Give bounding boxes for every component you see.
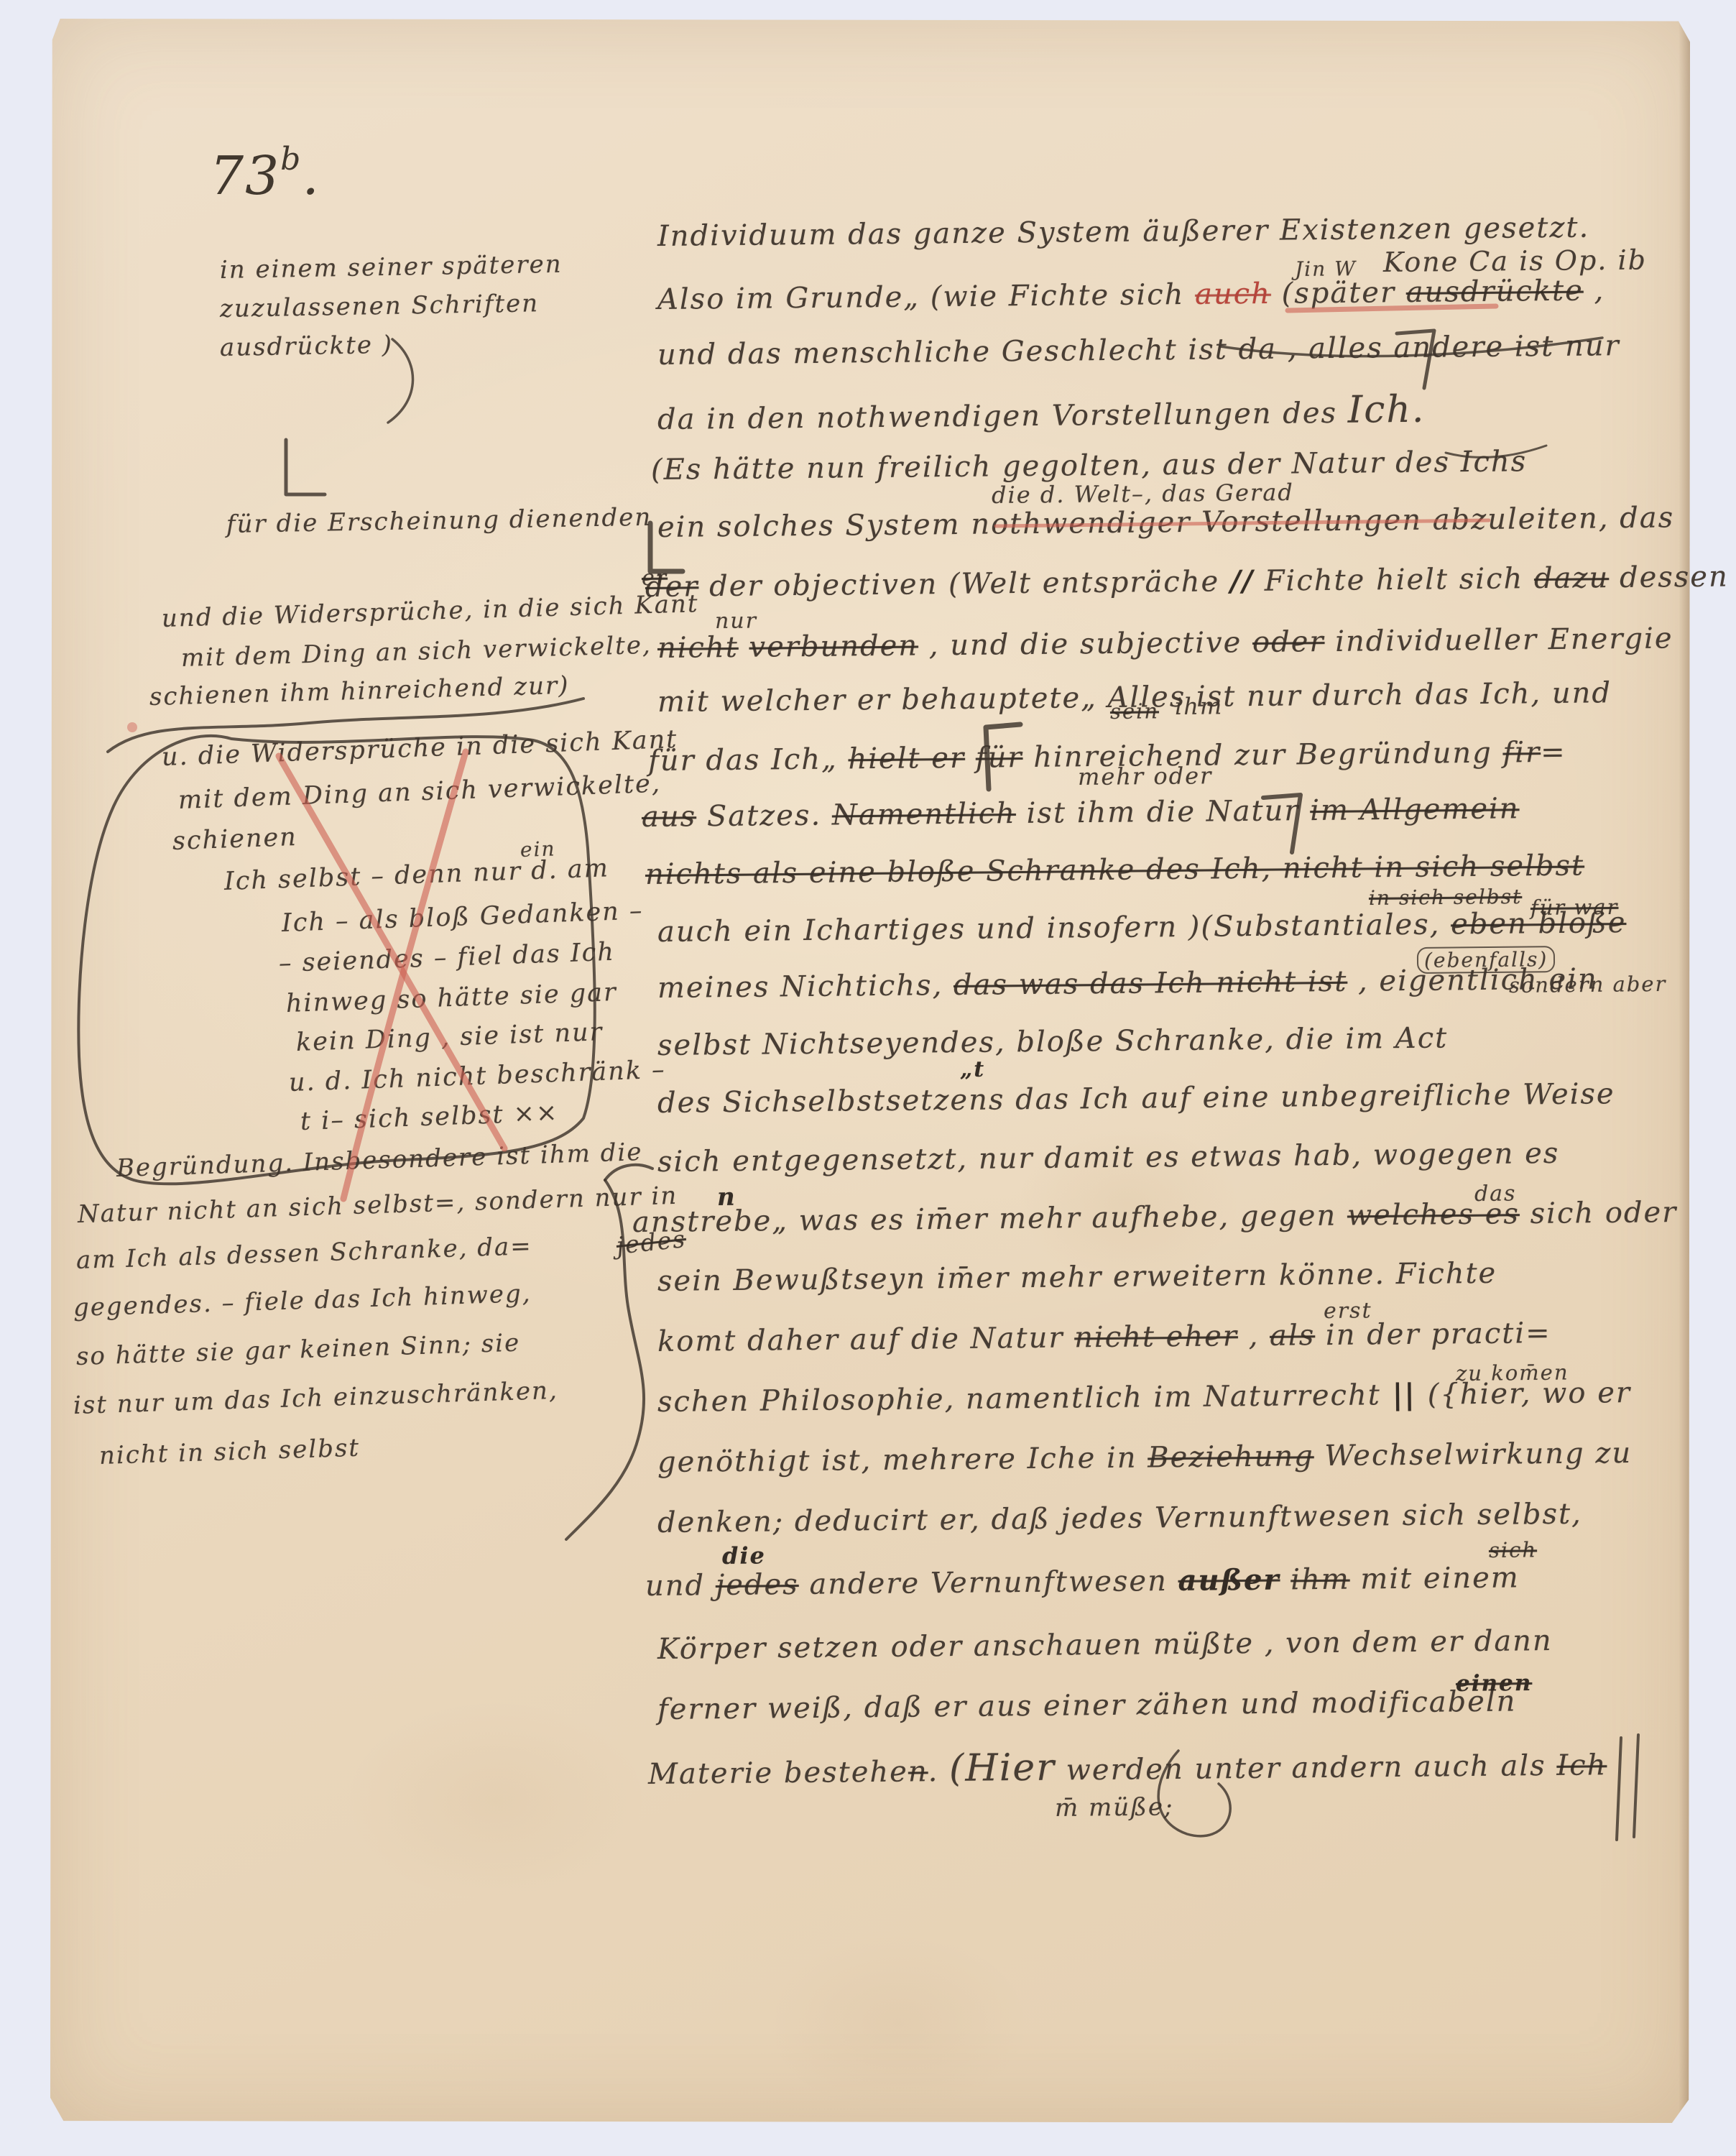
interlinear-insert: Jin W	[1295, 258, 1357, 281]
interlinear-insert-segment: „t	[960, 1057, 985, 1082]
folio-dot: .	[302, 145, 320, 207]
interlinear-insert-segment: in sich selbst	[1369, 885, 1523, 910]
interlinear-insert: zu kom̄en	[1456, 1361, 1569, 1385]
main-text-line-segment: das was das Ich nicht ist	[954, 965, 1348, 1002]
folio-number-value: 73	[210, 145, 280, 207]
interlinear-insert: die	[722, 1543, 766, 1569]
interlinear-insert: (ebenfalls)	[1417, 949, 1556, 972]
interlinear-insert-segment: einen	[1456, 1670, 1533, 1697]
main-text-line-segment	[739, 631, 749, 664]
main-text-line-segment: .	[928, 1755, 949, 1788]
main-text-line-segment: sich oder	[1520, 1196, 1678, 1230]
crossed-passage-insert-segment: ein	[520, 837, 556, 862]
main-text-line-segment: ihm	[1291, 1563, 1350, 1597]
interlinear-insert-segment: Jin W	[1295, 257, 1357, 281]
main-text-line-segment: für	[976, 741, 1023, 775]
interlinear-insert: mehr oder	[1078, 763, 1213, 790]
main-text-line-segment: anstrebe„ was es im̄er mehr aufhebe, geg…	[632, 1199, 1347, 1239]
interlinear-insert-segment: er	[642, 566, 668, 591]
main-text-line-segment: ,	[1584, 274, 1605, 307]
main-text-line-segment: ||	[1381, 1378, 1428, 1412]
interlinear-insert: für war	[1530, 896, 1619, 920]
main-text-line-segment: =	[1541, 736, 1566, 769]
main-text-line-segment: ,	[1238, 1319, 1270, 1353]
interlinear-insert: m̄ müße;	[1055, 1794, 1174, 1822]
main-text-line-segment	[1280, 1563, 1291, 1596]
main-text-line-segment: dazu	[1534, 561, 1610, 595]
main-text-line-segment: komt daher auf die Natur	[657, 1321, 1075, 1358]
interlinear-insert-segment: mehr oder	[1078, 762, 1213, 791]
main-text-line-segment: (Hier	[949, 1746, 1056, 1790]
main-text-line-segment: ausdrückte	[1406, 275, 1584, 309]
main-text-line-segment: ist ihm die Natur	[1016, 794, 1311, 830]
main-text-line-segment: außer	[1178, 1563, 1280, 1598]
interlinear-insert: einen	[1456, 1671, 1533, 1696]
interlinear-insert-segment: die	[722, 1542, 766, 1570]
main-text-line: selbst Nichtseyendes, bloße Schranke, di…	[657, 1022, 1449, 1061]
interlinear-insert-segment: n	[717, 1183, 737, 1212]
interlinear-insert-segment: sein	[1110, 699, 1159, 724]
interlinear-insert-segment: das	[1474, 1181, 1517, 1207]
main-text-line-segment: Materie bestehe	[648, 1756, 908, 1791]
interlinear-insert: n	[717, 1184, 737, 1212]
main-text-line-segment: Ich	[1556, 1749, 1607, 1782]
main-text-line-segment: verbunden	[749, 630, 918, 664]
interlinear-insert-segment: Kone Ca is Op. ib	[1383, 244, 1647, 278]
main-text-line-segment: Wechselwirkung zu	[1314, 1437, 1633, 1473]
interlinear-insert-segment: zu kom̄en	[1456, 1360, 1569, 1386]
interlinear-insert: „t	[960, 1058, 985, 1082]
main-text-line-segment: mit einem	[1349, 1561, 1519, 1595]
main-text-line-segment: schen Philosophie, namentlich im Naturre…	[657, 1378, 1381, 1419]
main-text-line-segment: oder	[1252, 625, 1325, 659]
interlinear-insert: erst	[1324, 1299, 1372, 1323]
main-text-line-segment: nicht	[657, 631, 739, 665]
interlinear-insert: er	[642, 566, 668, 590]
interlinear-insert-segment: für war	[1530, 895, 1619, 920]
interlinear-insert-segment: die d. Welt–, das Gerad	[992, 479, 1294, 509]
archive-note-line-segment: zuzulassenen Schriften	[220, 289, 540, 323]
interlinear-insert: ihm	[1175, 694, 1224, 719]
interlinear-insert: die d. Welt–, das Gerad	[992, 480, 1294, 508]
main-text-line-segment: meines Nichtichs,	[657, 969, 954, 1005]
archive-note-line: zuzulassenen Schriften	[220, 290, 540, 323]
main-text-line-segment: und	[645, 1569, 716, 1603]
interlinear-insert: sich	[1489, 1539, 1537, 1562]
interlinear-insert-segment: m̄ müße;	[1055, 1792, 1174, 1823]
main-text-line-segment: nicht eher	[1074, 1319, 1238, 1354]
main-text-line-segment: der objectiven (Welt entspräche	[698, 565, 1230, 603]
main-text-line-segment: //	[1230, 564, 1255, 598]
main-text-line-segment: da in den nothwendigen Vorstellungen des	[657, 397, 1348, 436]
main-text-line-segment: jedes	[716, 1568, 799, 1602]
archive-note-line: ausdrückte )	[220, 332, 394, 362]
interlinear-insert: sondern aber	[1509, 973, 1667, 998]
main-text-line-segment: im Allgemein	[1310, 792, 1520, 827]
crossed-passage-insert: ein	[520, 838, 556, 862]
folio-suffix: b	[280, 141, 302, 178]
interlinear-insert: sein	[1110, 700, 1159, 724]
interlinear-insert-segment: ihm	[1175, 692, 1224, 720]
interlinear-insert-segment: erst	[1324, 1298, 1372, 1324]
main-text-line-segment: aus	[642, 800, 697, 834]
main-text-line-segment: Fichte hielt sich	[1254, 562, 1534, 598]
interlinear-insert-segment: (ebenfalls)	[1417, 946, 1556, 974]
main-text-line-segment: hielt er	[848, 742, 965, 776]
main-text-line-segment: als	[1270, 1319, 1316, 1353]
main-text-line-segment: individueller Energie	[1324, 622, 1673, 658]
main-text-line-segment: Namentlich	[832, 797, 1016, 831]
main-text-line-segment: fir	[1502, 736, 1541, 770]
main-text-line-segment: Satzes.	[696, 798, 832, 833]
main-text-line-segment: Also im Grunde„ (wie Fichte sich	[657, 278, 1196, 316]
main-text-line-segment: genöthigt ist, mehrere Iche in	[657, 1441, 1148, 1479]
interlinear-insert: nur	[715, 609, 757, 633]
main-text-line-segment: werden unter andern auch als	[1056, 1749, 1557, 1787]
crossed-passage-line-segment: schienen	[172, 823, 297, 856]
main-text-line-segment: andere Vernunftwesen	[799, 1565, 1178, 1601]
archive-note-line: in einem seiner späteren	[220, 252, 563, 285]
folio-number: 73b.	[210, 141, 320, 207]
interlinear-insert: in sich selbst	[1369, 886, 1523, 910]
main-text-line-segment: für das Ich„	[648, 742, 849, 778]
interlinear-insert: das	[1474, 1181, 1517, 1206]
manuscript-scan: 73b. in einem seiner späterenzuzulassene…	[0, 0, 1736, 2156]
interlinear-insert: Kone Ca is Op. ib	[1383, 245, 1647, 277]
interlinear-insert-segment: sondern aber	[1509, 972, 1667, 998]
main-text-line-segment: dessen	[1609, 561, 1729, 595]
main-text-line-segment: Ich.	[1347, 388, 1425, 432]
archive-note-line-segment: in einem seiner späteren	[220, 250, 563, 285]
main-text-line-segment: auch	[1195, 277, 1271, 311]
interlinear-insert-segment: sich	[1489, 1537, 1537, 1562]
paper-right-edge	[1679, 19, 1690, 2123]
crossed-passage-line: schienen	[172, 824, 297, 856]
interlinear-insert-segment: nur	[715, 608, 757, 634]
main-text-line-segment: , und die subjective	[918, 626, 1252, 662]
main-text-line-segment: Beziehung	[1148, 1439, 1314, 1474]
archive-note-line-segment: ausdrückte )	[220, 331, 394, 362]
main-text-line-segment: n	[908, 1755, 928, 1788]
main-text-line-segment	[965, 742, 976, 775]
main-text-line-segment: (später	[1271, 276, 1406, 310]
main-text-line: da in den nothwendigen Vorstellungen des…	[657, 390, 1426, 438]
